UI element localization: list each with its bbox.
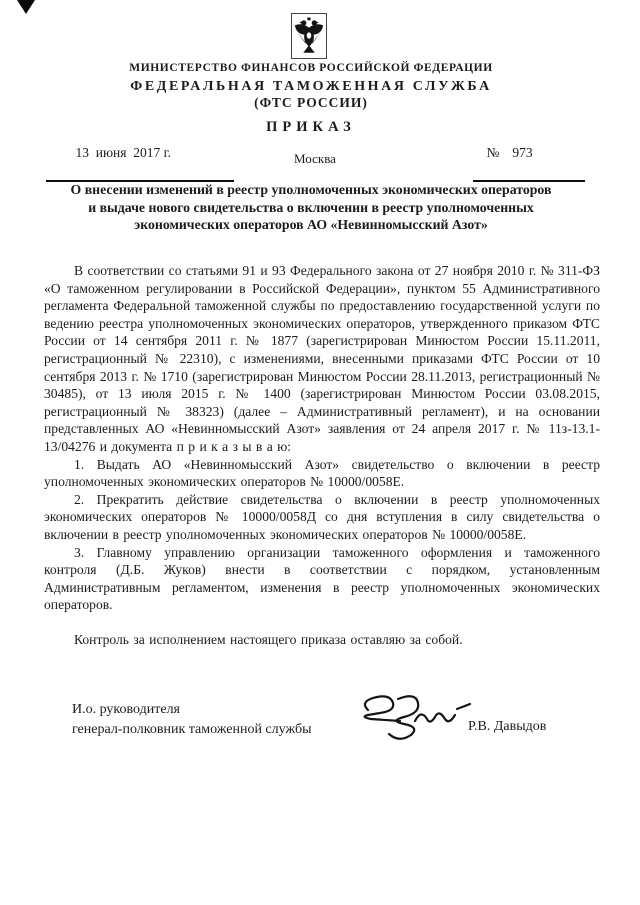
order-body: В соответствии со статьями 91 и 93 Федер… <box>44 262 600 648</box>
order-title-line: и выдаче нового свидетельства о включени… <box>30 199 592 217</box>
order-title: О внесении изменений в реестр уполномоче… <box>30 181 592 234</box>
signatory-position-line: генерал-полковник таможенной службы <box>72 720 311 740</box>
agency-abbr: (ФТС РОССИИ) <box>0 95 622 111</box>
item-1-paragraph: 1. Выдать АО «Невинномысский Азот» свиде… <box>44 456 600 491</box>
document-page: МИНИСТЕРСТВО ФИНАНСОВ РОССИЙСКОЙ ФЕДЕРАЦ… <box>0 0 640 905</box>
city-label: Москва <box>0 151 630 167</box>
item-3-paragraph: 3. Главному управлению организации тамож… <box>44 544 600 614</box>
order-title-line: О внесении изменений в реестр уполномоче… <box>30 181 592 199</box>
signatory-name: Р.В. Давыдов <box>468 719 546 735</box>
letterhead: МИНИСТЕРСТВО ФИНАНСОВ РОССИЙСКОЙ ФЕДЕРАЦ… <box>0 0 622 136</box>
order-title-line: экономических операторов АО «Невинномысс… <box>30 216 592 234</box>
signature-stroke-icon <box>358 690 476 750</box>
preamble-paragraph: В соответствии со статьями 91 и 93 Федер… <box>44 262 600 456</box>
agency-name: ФЕДЕРАЛЬНАЯ ТАМОЖЕННАЯ СЛУЖБА <box>0 79 622 95</box>
control-paragraph: Контроль за исполнением настоящего прика… <box>44 631 600 649</box>
item-2-paragraph: 2. Прекратить действие свидетельства о в… <box>44 491 600 544</box>
signatory-position-line: И.о. руководителя <box>72 700 311 720</box>
ministry-name: МИНИСТЕРСТВО ФИНАНСОВ РОССИЙСКОЙ ФЕДЕРАЦ… <box>0 62 622 74</box>
signatory-position: И.о. руководителя генерал-полковник тамо… <box>72 700 311 740</box>
